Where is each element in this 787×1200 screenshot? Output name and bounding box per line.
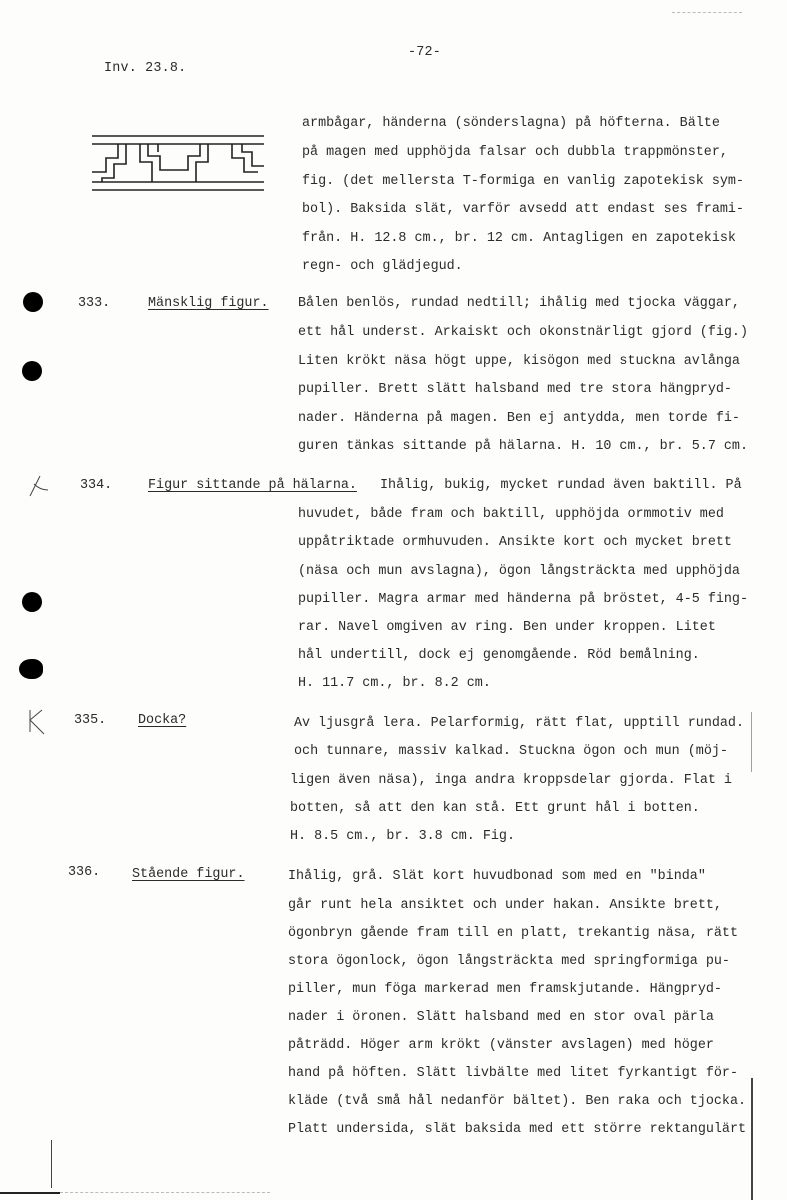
fret-ornament-figure: [88, 128, 268, 194]
text-line: (näsa och mun avslagna), ögon långsträck…: [298, 564, 740, 579]
entry-title: Stående figur.: [132, 867, 245, 882]
text-line: fig. (det mellersta T-formiga en vanlig …: [302, 174, 744, 189]
handwritten-k-mark-icon: [24, 706, 48, 736]
text-line: Ihålig, bukig, mycket rundad även baktil…: [380, 478, 742, 493]
entry-title: Figur sittande på hälarna.: [148, 478, 357, 493]
text-line: Platt undersida, slät baksida med ett st…: [288, 1122, 746, 1137]
text-line: H. 8.5 cm., br. 3.8 cm. Fig.: [290, 829, 515, 844]
text-line: bol). Baksida slät, varför avsedd att en…: [302, 202, 744, 217]
entry-number: 335.: [74, 713, 106, 728]
text-line: och tunnare, massiv kalkad. Stuckna ögon…: [294, 744, 728, 759]
text-line: Ihålig, grå. Slät kort huvudbonad som me…: [288, 869, 706, 884]
entry-title: Docka?: [138, 713, 186, 728]
entry-number: 336.: [68, 865, 100, 880]
text-line: regn- och glädjegud.: [302, 259, 463, 274]
text-line: botten, så att den kan stå. Ett grunt hå…: [290, 801, 700, 816]
text-line: från. H. 12.8 cm., br. 12 cm. Antagligen…: [302, 231, 736, 246]
text-line: piller, mun föga markerad men framskjuta…: [288, 982, 722, 997]
text-line: rar. Navel omgiven av ring. Ben under kr…: [298, 620, 716, 635]
text-line: Bålen benlös, rundad nedtill; ihålig med…: [298, 296, 740, 311]
text-line: på magen med upphöjda falsar och dubbla …: [302, 145, 728, 160]
text-line: huvudet, både fram och baktill, upphöjda…: [298, 507, 724, 522]
text-line: hand på höften. Slätt livbälte med litet…: [288, 1066, 738, 1081]
scan-edge: [60, 1192, 270, 1193]
text-line: ett hål underst. Arkaiskt och okonstnärl…: [298, 325, 748, 340]
margin-line: [751, 1078, 753, 1200]
entry-number: 334.: [80, 478, 112, 493]
text-line: guren tänkas sittande på hälarna. H. 10 …: [298, 439, 748, 454]
text-line: kläde (två små hål nedanför bältet). Ben…: [288, 1094, 746, 1109]
text-line: Liten krökt näsa högt uppe, kisögon med …: [298, 354, 740, 369]
text-line: nader i öronen. Slätt halsband med en st…: [288, 1010, 714, 1025]
page-number: -72-: [408, 46, 441, 59]
margin-line: [751, 712, 752, 772]
punch-hole-icon: [22, 361, 42, 381]
text-line: armbågar, händerna (sönderslagna) på höf…: [302, 116, 720, 131]
text-line: Av ljusgrå lera. Pelarformig, rätt flat,…: [294, 716, 744, 731]
scan-edge: [0, 1192, 60, 1194]
punch-hole-icon: [22, 592, 42, 612]
punch-hole-icon: [19, 659, 43, 679]
entry-title: Mänsklig figur.: [148, 296, 269, 311]
text-line: går runt hela ansiktet och under hakan. …: [288, 898, 722, 913]
text-line: nader. Händerna på magen. Ben ej antydda…: [298, 411, 740, 426]
text-line: pupiller. Brett slätt halsband med tre s…: [298, 382, 732, 397]
text-line: stora ögonlock, ögon långsträckta med sp…: [288, 954, 730, 969]
inventory-number: Inv. 23.8.: [104, 62, 186, 75]
handwritten-cross-mark-icon: [26, 470, 50, 500]
text-line: pupiller. Magra armar med händerna på br…: [298, 592, 748, 607]
text-line: ligen även näsa), inga andra kroppsdelar…: [290, 773, 732, 788]
text-line: uppåtriktade ormhuvuden. Ansikte kort oc…: [298, 535, 732, 550]
text-line: H. 11.7 cm., br. 8.2 cm.: [298, 676, 491, 691]
scan-artifact: [672, 12, 742, 13]
text-line: påträdd. Höger arm krökt (vänster avslag…: [288, 1038, 714, 1053]
text-line: hål undertill, dock ej genomgående. Röd …: [298, 648, 700, 663]
text-line: ögonbryn gående fram till en platt, trek…: [288, 926, 738, 941]
punch-hole-icon: [23, 292, 43, 312]
entry-number: 333.: [78, 296, 110, 311]
margin-line: [51, 1140, 52, 1188]
